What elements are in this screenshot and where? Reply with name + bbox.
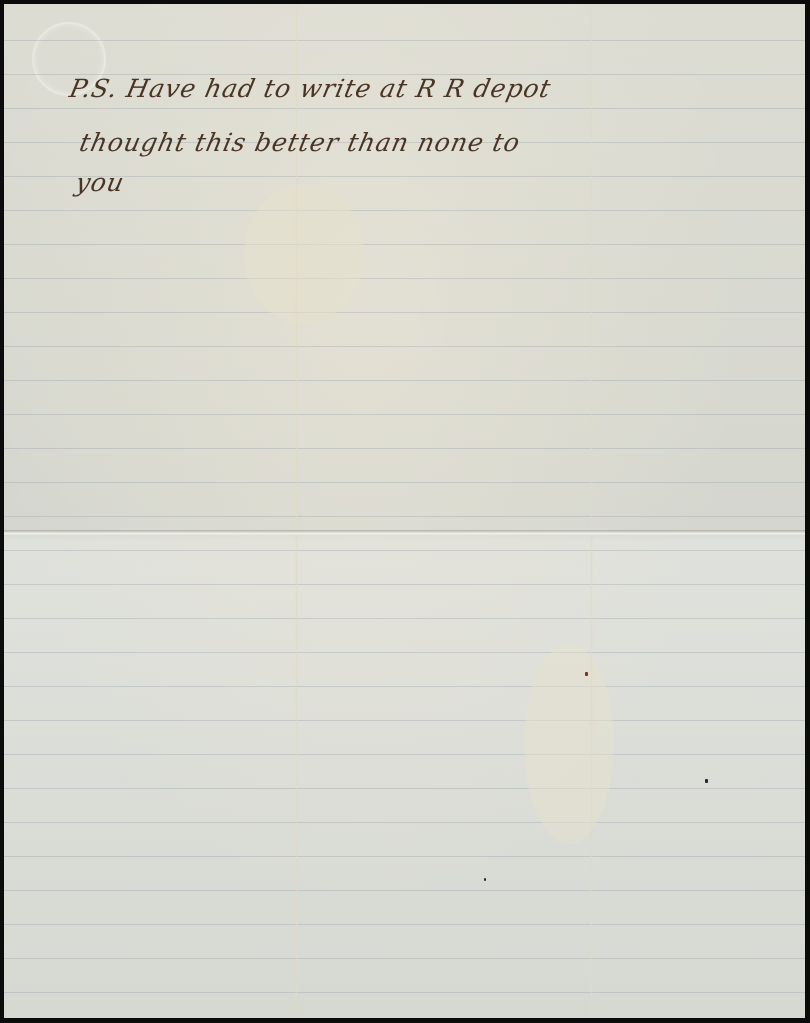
ruled-line: [4, 822, 805, 823]
ruled-line: [4, 924, 805, 925]
ruled-line: [4, 720, 805, 721]
ruled-line: [4, 652, 805, 653]
ruled-line: [4, 244, 805, 245]
letter-sheet: P.S. Have had to write at R R depot thou…: [4, 4, 805, 1018]
ruled-line: [4, 788, 805, 789]
ruled-line: [4, 40, 805, 41]
ruled-line: [4, 380, 805, 381]
postscript-line-3: you: [73, 168, 127, 197]
ink-speck: [484, 878, 486, 881]
ruled-line: [4, 414, 805, 415]
ink-speck: [585, 672, 588, 676]
ruled-line: [4, 482, 805, 483]
paper-stain: [524, 644, 614, 844]
ruled-line: [4, 312, 805, 313]
ruled-line: [4, 278, 805, 279]
paper-stain: [244, 184, 364, 324]
ruled-line: [4, 448, 805, 449]
horizontal-fold: [4, 530, 805, 536]
ruled-line: [4, 584, 805, 585]
ruled-line: [4, 856, 805, 857]
ruled-line: [4, 210, 805, 211]
ruled-line: [4, 346, 805, 347]
ruled-line: [4, 958, 805, 959]
postscript-line-2: thought this better than none to: [77, 128, 523, 157]
postscript-line-1: P.S. Have had to write at R R depot: [67, 74, 554, 103]
vertical-fold-right: [590, 4, 593, 1018]
ruled-line: [4, 618, 805, 619]
ruled-line: [4, 550, 805, 551]
ruled-line: [4, 754, 805, 755]
ruled-line: [4, 516, 805, 517]
ruled-line: [4, 890, 805, 891]
ruled-line: [4, 686, 805, 687]
ruled-line: [4, 992, 805, 993]
ink-speck: [705, 779, 708, 783]
ruled-line: [4, 108, 805, 109]
